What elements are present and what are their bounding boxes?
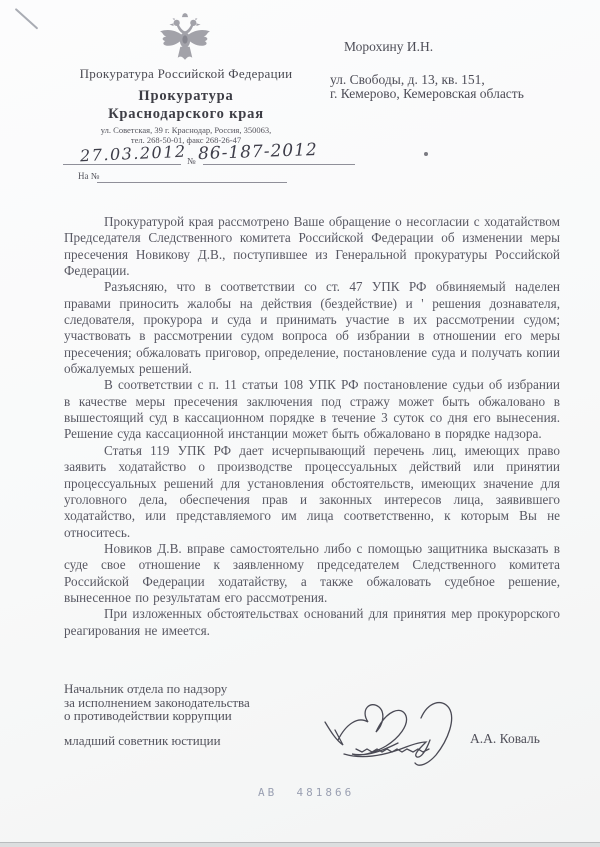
scanned-letter-page: Прокуратура Российской Федерации Прокура… [0,0,600,843]
recipient-block: Морохину И.Н. ул. Свободы, д. 13, кв. 15… [330,40,570,102]
paragraph-5: Новиков Д.В. вправе самостоятельно либо … [64,541,560,606]
signer-title-line3: о противодействии коррупции [64,709,364,723]
recipient-address-line2: г. Кемерово, Кемеровская область [330,87,570,102]
scan-edge [0,843,600,847]
letter-body: Прокуратурой края рассмотрено Ваше обращ… [64,214,560,639]
signer-title-block: Начальник отдела по надзору за исполнени… [64,682,364,723]
scan-artifact-line [15,8,39,30]
recipient-address-line1: ул. Свободы, д. 13, кв. 151, [330,73,570,88]
russia-coat-of-arms-eagle-icon [152,13,218,65]
handwritten-signature-icon [322,692,482,787]
signer-title-line1: Начальник отдела по надзору [64,682,364,696]
paragraph-6: При изложенных обстоятельствах оснований… [64,606,560,639]
paragraph-4: Статья 119 УПК РФ дает исчерпывающий пер… [64,443,560,541]
paragraph-1: Прокуратурой края рассмотрено Ваше обращ… [64,214,560,279]
letterhead-parent-org: Прокуратура Российской Федерации [58,66,314,82]
form-blank-code: АВ 481866 [258,786,354,799]
signer-title-line2: за исполнением законодательства [64,696,364,710]
paragraph-3: В соответствии с п. 11 статьи 108 УПК РФ… [64,377,560,442]
paragraph-2: Разъясняю, что в соответствии со ст. 47 … [64,279,560,377]
incoming-ref-rule-line [97,165,287,183]
signer-name: А.А. Коваль [470,731,540,747]
letterhead-org-name-line1: Прокуратура [58,88,314,105]
recipient-name: Морохину И.Н. [344,40,570,55]
letterhead-address: ул. Советская, 39 г. Краснодар, Россия, … [58,125,314,135]
letterhead-org-name-line2: Краснодарского края [58,106,314,123]
signer-rank: младший советник юстиции [64,733,221,749]
ink-dot-artifact [424,152,428,156]
handwritten-doc-number: 86-187-2012 [198,140,318,164]
